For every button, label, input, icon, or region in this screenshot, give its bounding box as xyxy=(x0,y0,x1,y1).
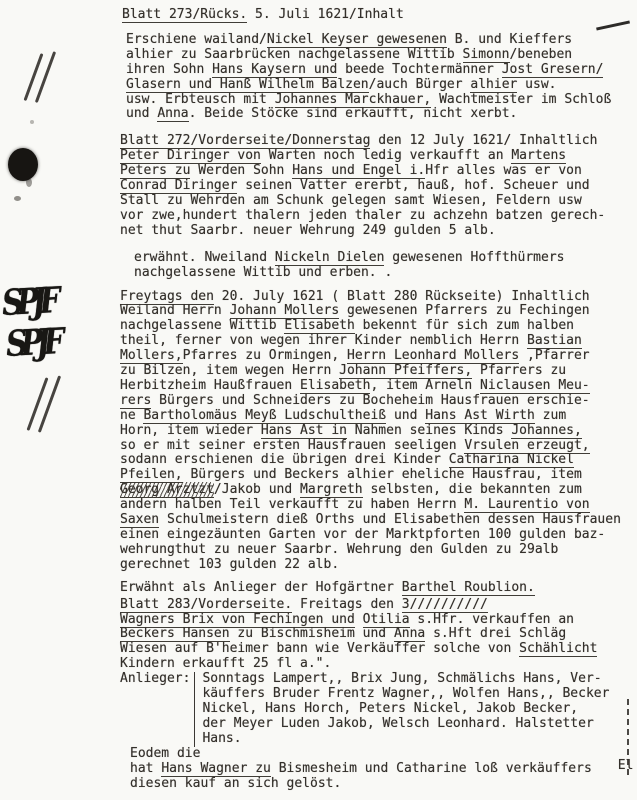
underlined-text: Schählicht xyxy=(519,641,597,657)
underlined-text: Hans Ast in xyxy=(261,423,347,439)
text-run: gerechnet 103 gulden 22 alb. xyxy=(120,557,339,572)
document-line: usw. Erbteusch mit Johannes Marckhauer, … xyxy=(126,93,632,108)
text-run: Pfarrers zu xyxy=(472,363,566,378)
text-run: , item Arneln xyxy=(370,378,480,393)
underlined-text: Johann Pfeiffers, xyxy=(339,363,472,379)
document-line: nachgelassene Wittib und erben. . xyxy=(134,266,632,281)
document-line: Blatt 283/Vorderseite. Freitags den 3///… xyxy=(120,598,632,613)
text-run xyxy=(355,612,363,627)
text-run: beede Tochtermänner xyxy=(337,62,501,77)
text-run: wehrungthut zu neuer Saarbr. Wehrung den… xyxy=(120,542,558,557)
document-line: Freytags den 20. July 1621 ( Blatt 280 R… xyxy=(120,290,632,305)
document-line: so er mit seiner ersten Hausfrauen seeli… xyxy=(120,439,632,454)
document-line: Kindern erkaufft 25 fl a.". xyxy=(120,657,632,672)
document-line: zu Bilzen, item wegen Herrn Johann Pfeif… xyxy=(120,364,632,379)
text-run: Nickel, Hans Horch, Peters Nickel, Jakob… xyxy=(202,701,578,716)
underlined-text: Beckers Hansen xyxy=(120,626,230,642)
document-line: vor zwe,hundert thalern jeden thaler zu … xyxy=(120,209,632,224)
document-line: net thut Saarbr. neuer Wehrung 249 gulde… xyxy=(120,224,632,239)
document-line: Erwähnt als Anlieger der Hofgärtner Bart… xyxy=(120,581,632,596)
underlined-text: Anna xyxy=(157,106,188,122)
text-run: zu Bischmisheim und xyxy=(230,626,394,641)
underlined-text: Wagners Brix von Fechingen und xyxy=(120,612,355,628)
entry-blatt-283: Blatt 283/Vorderseite. Freitags den 3///… xyxy=(120,598,632,673)
ink-speck xyxy=(14,196,21,201)
document-line: Blatt 273/Rücks. 5. Juli 1621/Inhalt xyxy=(122,8,632,23)
text-run: selbsten, die bekannten zum xyxy=(363,482,582,497)
handwritten-monogram: SPJF xyxy=(5,325,59,363)
underlined-text: Blatt 272/Vorderseite/Donnerstag xyxy=(120,133,370,149)
document-line: Eodem die xyxy=(130,747,632,762)
note-dielen: erwähnt. Nweiland Nickeln Dielen gewesen… xyxy=(134,251,632,281)
text-run: /beneben xyxy=(510,47,573,62)
document-line: Weiland Herrn Johann Mollers gewesenen P… xyxy=(120,304,632,319)
text-run: nachgelassene Wittib und erben. . xyxy=(134,265,392,280)
text-run: nachgelassene Wittib xyxy=(120,318,284,333)
document-line: ne Bartholomäus Meyß Ludschultheiß und H… xyxy=(120,409,632,424)
document-line: Erschiene wailand/Nickel Keyser gewesene… xyxy=(126,33,632,48)
text-run: der Meyer Luden Jakob, Welsch Leonhard. … xyxy=(202,716,593,731)
document-line: Wagners Brix von Fechingen und Otilia s.… xyxy=(120,613,632,628)
document-line: Peters zu Werden Sohn Hans und Engel i.H… xyxy=(120,164,632,179)
text-run: Pfarres zu Ormingen, xyxy=(183,348,347,363)
underlined-text: Bastian xyxy=(527,333,582,349)
anlieger-list: Anlieger:Sonntags Lampert,, Brix Jung, S… xyxy=(120,672,632,747)
document-line: Peter Diringer von Warten noch ledig ver… xyxy=(120,149,632,164)
underlined-text: Hans Kaysern und xyxy=(212,62,337,78)
document-line: Beckers Hansen zu Bischmisheim und Anna … xyxy=(120,627,632,642)
underlined-text: Peter Diringer von xyxy=(120,148,261,164)
text-run: s.Hfr. verkauffen an xyxy=(410,612,574,627)
text-run: Hans. xyxy=(202,731,241,746)
handwritten-monogram: SPJF xyxy=(1,284,55,322)
document-line: diesen kauf an sich gelöst. xyxy=(130,777,632,792)
entry-blatt-272: Blatt 272/Vorderseite/Donnerstag den 12 … xyxy=(120,134,632,238)
text-run: Werden Sohn xyxy=(190,163,292,178)
underlined-text: Nickel Keyser gewesenen xyxy=(267,32,447,48)
hole-punch-mark xyxy=(8,148,38,181)
underlined-text: Hans und Engel i. xyxy=(292,163,425,179)
text-run: Freitags den xyxy=(292,597,402,612)
pencil-double-slash-mark xyxy=(32,374,62,434)
underlined-text: Blatt 273/Rücks. xyxy=(122,7,247,23)
text-run: theil, ferner von wegen ihrer Kinder nem… xyxy=(120,333,527,348)
document-line: Stall zu Wehrden am Schunk gelegen samt … xyxy=(120,194,632,209)
text-run: usw. xyxy=(517,77,556,92)
document-line: alhier zu Saarbrücken nachgelassene Witt… xyxy=(126,48,632,63)
text-run: zu Bilzen, item wegen Herrn xyxy=(120,363,339,378)
text-run: usw. Erbteusch mit xyxy=(126,92,275,107)
text-run: bekennt für sich zum halben xyxy=(355,318,574,333)
text-run: gewesenen Hoffthürmers xyxy=(384,250,564,265)
underlined-text: rers xyxy=(120,393,151,409)
document-line: nachgelassene Wittib Elisabeth bekennt f… xyxy=(120,319,632,334)
text-run: Nahmen seines Kinds xyxy=(347,423,511,438)
text-run: Bürgers und Beckers alhier eheliche Haus… xyxy=(183,467,582,482)
text-run: 5. Juli 1621/Inhalt xyxy=(247,7,404,22)
margin-note: El xyxy=(618,758,634,773)
document-line: Pfeilen, Bürgers und Beckers alhier ehel… xyxy=(120,468,632,483)
underlined-text: Johann Mollers xyxy=(230,303,340,319)
anlieger-names-block: Sonntags Lampert,, Brix Jung, Schmälichs… xyxy=(194,672,609,747)
text-run: Erwähnt als Anlieger der Hofgärtner xyxy=(120,580,402,595)
underlined-text: Freytags den xyxy=(120,289,214,305)
entry-blatt-273: Erschiene wailand/Nickel Keyser gewesene… xyxy=(126,33,632,122)
underlined-text: 3////////// xyxy=(402,597,488,613)
underlined-text: Herrn Leonhard Mollers xyxy=(347,348,519,364)
document-line: theil, ferner von wegen ihrer Kinder nem… xyxy=(120,334,632,349)
document-line: der Meyer Luden Jakob, Welsch Leonhard. … xyxy=(202,717,609,732)
underlined-text: Johannes, xyxy=(511,423,581,439)
text-run: Bürgers und Schneiders zu Bocheheim Haus… xyxy=(151,393,589,408)
underlined-text: Peters zu xyxy=(120,163,190,179)
document-line: und Anna. Beide Stöcke sind erkaufft, ni… xyxy=(126,107,632,122)
underlined-text: Otilia xyxy=(363,612,410,628)
text-run: ne xyxy=(120,408,143,423)
text-run: Erschiene wailand/ xyxy=(126,32,267,47)
underlined-text: Barthel Roublion. xyxy=(402,580,535,596)
text-run: s.Hft drei Schläg xyxy=(425,626,566,641)
slash-stroke xyxy=(27,377,49,431)
underlined-text: Martens xyxy=(511,148,566,164)
underlined-text: Johannes Marckhauer, xyxy=(275,92,432,108)
text-run: ihren Sohn xyxy=(126,62,212,77)
ink-speck xyxy=(30,120,34,124)
text-run: Sonntags Lampert,, Brix Jung, Schmälichs… xyxy=(202,671,601,686)
text-run: ,Pfarrer xyxy=(519,348,589,363)
underlined-text: M. Laurentio von xyxy=(464,497,589,513)
slash-stroke xyxy=(38,375,61,432)
document-line: sodann erschienen die übrigen drei Kinde… xyxy=(120,453,632,468)
underlined-text: Margreth xyxy=(300,482,363,498)
document-line: gerechnet 103 gulden 22 alb. xyxy=(120,558,632,573)
underlined-text: Nickeln Dielen xyxy=(275,250,385,266)
underlined-text: Jost Gresern/ xyxy=(502,62,604,78)
underlined-text: Blatt 283/Vorderseite. xyxy=(120,597,292,613)
document-line: Georg Arztzt/Jakob und Margreth selbsten… xyxy=(120,483,632,498)
text-run: Eodem die xyxy=(130,746,200,761)
document-line: Saxen Schulmeistern dieß Orths und Elisa… xyxy=(120,513,632,528)
text-run: vor zwe,hundert thalern jeden thaler zu … xyxy=(120,208,605,223)
text-run: Wachtmeister im Schloß xyxy=(431,92,611,107)
document-line: hat Hans Wagner zu Bismesheim und Cathar… xyxy=(130,762,632,777)
underlined-text: Elisabeth xyxy=(284,318,354,334)
text-run: B. und Kieffers xyxy=(447,32,572,47)
underlined-text: Glasern und Hanß Wilhelm Balzen xyxy=(126,77,369,93)
text-run: 20. July 1621 ( Blatt 280 Rückseite) Inh… xyxy=(214,289,590,304)
entry-eodem-die: Eodem diehat Hans Wagner zu Bismesheim u… xyxy=(130,747,632,792)
underlined-text: Pfeilen, xyxy=(120,467,183,483)
document-line: Glasern und Hanß Wilhelm Balzen/auch Bür… xyxy=(126,78,632,93)
underlined-text: Hans Ast Wirth xyxy=(425,408,535,424)
document-text: Blatt 273/Rücks. 5. Juli 1621/InhaltErsc… xyxy=(120,8,632,791)
text-run: Schulmeistern dieß Orths und Elisabethen… xyxy=(159,512,621,527)
text-run: Warten noch ledig verkaufft an xyxy=(261,148,511,163)
text-run: Bismesheim und Catharine loß verkäuffers xyxy=(271,761,592,776)
underlined-text: Niclausen Meu- xyxy=(480,378,590,394)
text-run: diesen kauf an sich gelöst. xyxy=(130,776,341,791)
pencil-double-slash-mark xyxy=(28,50,58,110)
underlined-text: alhier xyxy=(470,77,517,93)
document-line: andern halben Teil verkaufft zu haben He… xyxy=(120,498,632,513)
document-line: rers Bürgers und Schneiders zu Bocheheim… xyxy=(120,394,632,409)
text-run: alhier zu Saarbrücken nachgelassene Witt… xyxy=(126,47,463,62)
text-run: Weiland Herrn xyxy=(120,303,230,318)
text-run: sodann erschienen die übrigen drei Kinde… xyxy=(120,452,449,467)
document-line: Wiesen auf B'heimer bann wie Verkäuffer … xyxy=(120,642,632,657)
underlined-text: Catharina Nickel xyxy=(449,452,574,468)
text-run: . Beide Stöcke sind erkaufft, nicht xerb… xyxy=(189,106,518,121)
underlined-text: Bartholomäus Meyß Ludschultheiß xyxy=(143,408,386,424)
entry-blatt-280: Freytags den 20. July 1621 ( Blatt 280 R… xyxy=(120,290,632,573)
text-run: Horn, item wieder xyxy=(120,423,261,438)
document-line: Mollers,Pfarres zu Ormingen, Herrn Leonh… xyxy=(120,349,632,364)
text-run: den 12 July 1621/ Inhaltlich xyxy=(370,133,597,148)
text-run: einen eingezäunten Garten vor der Marktp… xyxy=(120,527,605,542)
document-line: Horn, item wieder Hans Ast in Nahmen sei… xyxy=(120,424,632,439)
note-roublion: Erwähnt als Anlieger der Hofgärtner Bart… xyxy=(120,581,632,596)
underlined-text: Anna xyxy=(394,626,425,642)
text-run: andern halben Teil verkaufft zu haben He… xyxy=(120,497,464,512)
document-line: käuffers Bruder Frentz Wagner,, Wolfen H… xyxy=(202,687,609,702)
text-run: Wiesen auf B'heimer bann wie Verkäuffer … xyxy=(120,641,519,656)
text-run: seinen Vatter ererbt, hauß, hof. Scheuer… xyxy=(237,178,589,193)
text-run: Stall zu Wehrden am Schunk gelegen samt … xyxy=(120,193,582,208)
struck-text: Georg Arztzt xyxy=(120,482,214,498)
underlined-text: Mollers, xyxy=(120,348,183,364)
underlined-text: Vrsulen erzeugt, xyxy=(464,438,589,454)
text-run: Hfr alles was er von xyxy=(425,163,582,178)
underlined-text: Conrad Diringer xyxy=(120,178,237,194)
underlined-text: Simonn xyxy=(463,47,510,63)
document-line: Hans. xyxy=(202,732,609,747)
document-line: Conrad Diringer seinen Vatter ererbt, ha… xyxy=(120,179,632,194)
document-line: erwähnt. Nweiland Nickeln Dielen gewesen… xyxy=(134,251,632,266)
document-line: Herbitzheim Haußfrauen Elisabeth, item A… xyxy=(120,379,632,394)
underlined-text: Hans Wagner zu xyxy=(161,761,271,777)
text-run: gewesenen Pfarrers zu Fechingen xyxy=(339,303,589,318)
document-line: Sonntags Lampert,, Brix Jung, Schmälichs… xyxy=(202,672,609,687)
text-run: Kindern erkaufft 25 fl a.". xyxy=(120,656,331,671)
text-run: /Jakob und xyxy=(214,482,300,497)
underlined-text: Saxen xyxy=(120,512,159,528)
document-line: Blatt 272/Vorderseite/Donnerstag den 12 … xyxy=(120,134,632,149)
scanned-document-page: SPJF SPJF Blatt 273/Rücks. 5. Juli 1621/… xyxy=(0,0,637,800)
document-line: Nickel, Hans Horch, Peters Nickel, Jakob… xyxy=(202,702,609,717)
text-run: net thut Saarbr. neuer Wehrung 249 gulde… xyxy=(120,223,496,238)
text-run: /auch Bürger xyxy=(369,77,471,92)
document-line: wehrungthut zu neuer Saarbr. Wehrung den… xyxy=(120,543,632,558)
document-line: einen eingezäunten Garten vor der Marktp… xyxy=(120,528,632,543)
text-run: so er mit seiner ersten Hausfrauen seeli… xyxy=(120,438,464,453)
text-run: erwähnt. Nweiland xyxy=(134,250,275,265)
text-run: käuffers Bruder Frentz Wagner,, Wolfen H… xyxy=(202,686,609,701)
underlined-text: Elisabeth xyxy=(300,378,370,394)
heading-blatt-273: Blatt 273/Rücks. 5. Juli 1621/Inhalt xyxy=(122,8,632,23)
text-run: hat xyxy=(130,761,161,776)
text-run: Herbitzheim Haußfrauen xyxy=(120,378,300,393)
text-run: und xyxy=(386,408,425,423)
text-run: zum xyxy=(535,408,566,423)
text-run: und xyxy=(126,106,157,121)
document-line: ihren Sohn Hans Kaysern und beede Tochte… xyxy=(126,63,632,78)
anlieger-label: Anlieger: xyxy=(120,672,190,687)
